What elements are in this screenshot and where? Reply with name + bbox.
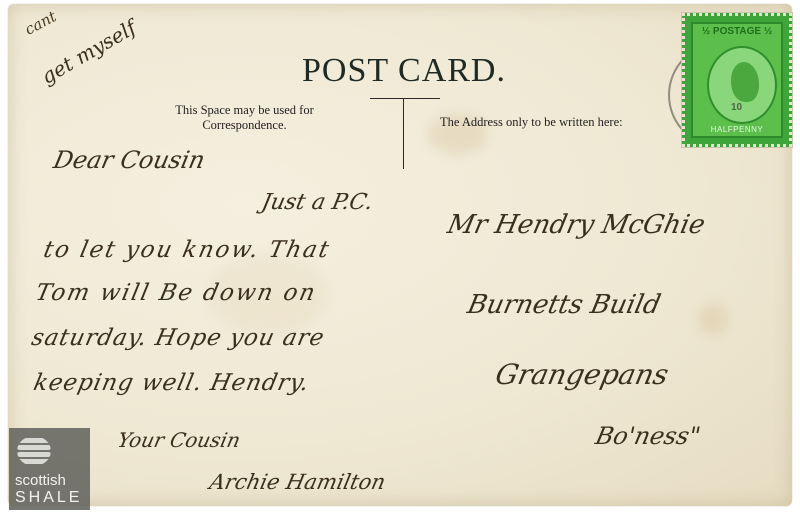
correspondence-note: This Space may be used for Correspondenc…	[152, 103, 337, 133]
message-line: Just a P.C.	[259, 190, 375, 215]
address-note: The Address only to be written here:	[440, 115, 623, 130]
stamp-value-bottom: HALFPENNY	[693, 125, 781, 134]
scottish-shale-logo: scottish SHALE	[9, 428, 90, 510]
postage-stamp: ½ POSTAGE ½ 10 HALFPENNY	[682, 13, 792, 147]
postcard-title: POST CARD.	[302, 52, 506, 90]
message-line: saturday. Hope you are	[29, 325, 327, 351]
logo-text-scottish: scottish	[15, 472, 66, 489]
signature: Archie Hamilton	[207, 470, 387, 494]
logo-text-shale: SHALE	[15, 489, 82, 507]
address-line: Grangepans	[492, 358, 671, 391]
message-line: Dear Cousin	[51, 146, 208, 174]
stain	[698, 304, 728, 334]
message-line: Tom will Be down on	[33, 280, 319, 306]
message-line: to let you know. That	[41, 237, 333, 263]
address-line: Mr Hendry McGhie	[445, 210, 708, 240]
stamp-frame: ½ POSTAGE ½ 10 HALFPENNY	[691, 22, 783, 138]
address-line: Burnetts Build	[465, 290, 663, 320]
king-head-icon	[731, 62, 759, 102]
divider-top-bar	[370, 98, 440, 99]
postmark-center: 10	[731, 102, 742, 113]
message-line: keeping well. Hendry.	[31, 370, 312, 396]
address-line: Bo'ness"	[593, 422, 703, 450]
message-line: Your Cousin	[115, 428, 242, 452]
divider-line	[403, 99, 404, 169]
shale-globe-icon	[17, 436, 51, 466]
stamp-value-top: ½ POSTAGE ½	[693, 26, 781, 37]
